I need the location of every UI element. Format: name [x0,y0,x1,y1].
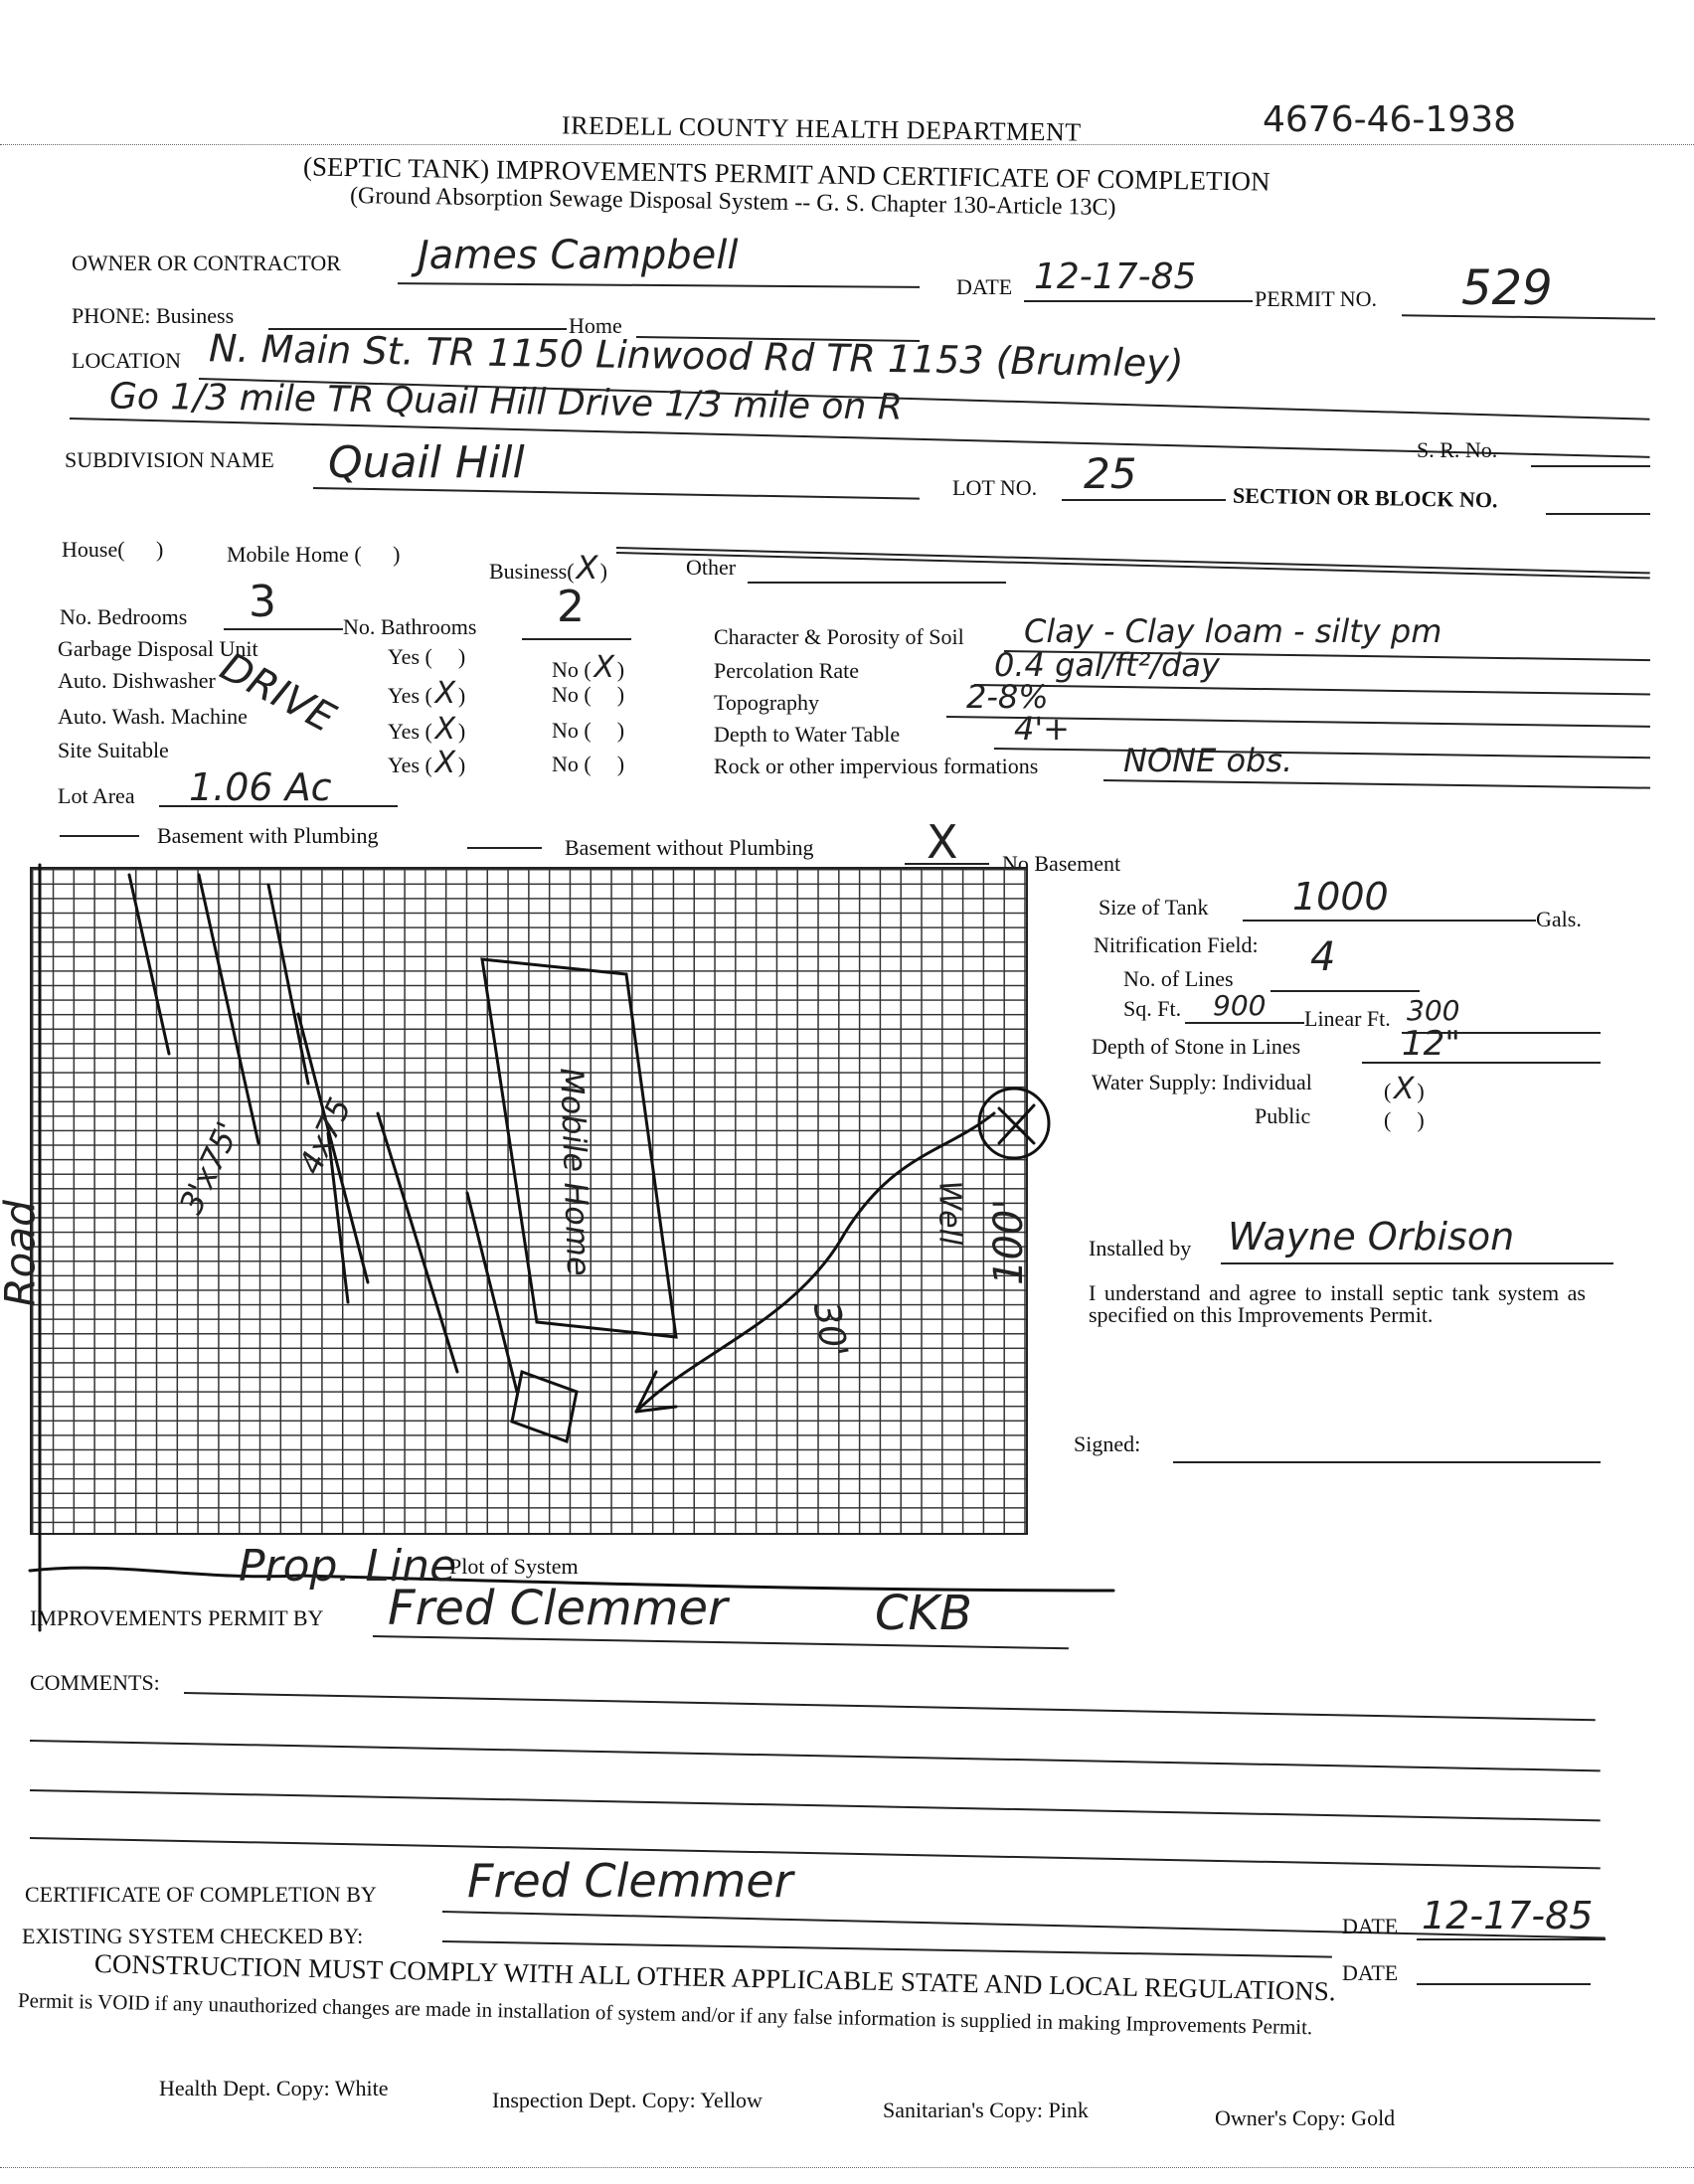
soil-line [1103,779,1650,789]
installed-by-field[interactable]: Wayne Orbison [1228,1215,1514,1259]
installed-by-label: Installed by [1089,1236,1191,1261]
road-annotation: Road [0,1200,45,1306]
location-field-2[interactable]: Go 1/3 mile TR Quail Hill Drive 1/3 mile… [109,376,903,427]
water-individual-checkbox[interactable]: (X) [1384,1072,1425,1106]
soil-label: Depth to Water Table [714,722,900,748]
feature-yes-option[interactable]: Yes (X) [388,746,465,780]
sqft-line [1185,1022,1304,1024]
existing-system-label: EXISTING SYSTEM CHECKED BY: [22,1924,363,1949]
installed-by-line [1221,1262,1613,1264]
lines-field[interactable]: 4 [1310,934,1335,980]
phone-business-label: PHONE: Business [72,303,234,329]
other-label: Other [686,555,736,581]
feature-no-option[interactable]: No (X) [552,650,624,685]
lines-line [1270,990,1420,992]
soil-line [974,684,1650,695]
house-option[interactable]: House( ) [62,537,163,563]
feature-label: Auto. Dishwasher [58,668,216,694]
well-annotation: Well [932,1181,967,1246]
comments-line-4[interactable] [30,1837,1601,1869]
date1-field[interactable]: 12-17-85 [1422,1894,1593,1937]
date2-line[interactable] [1417,1983,1591,1985]
basement-without-plumbing-blank[interactable] [467,847,542,849]
water-public-label: Public [1255,1103,1310,1129]
bathrooms-field[interactable]: 2 [557,582,585,632]
copy-health-dept: Health Dept. Copy: White [159,2076,389,2101]
tank-size-field[interactable]: 1000 [1292,875,1389,919]
soil-label: Percolation Rate [714,658,859,684]
sr-no-line [1531,465,1650,467]
comments-line-1[interactable] [184,1692,1596,1721]
section-label: SECTION OR BLOCK NO. [1233,483,1498,514]
bedrooms-field[interactable]: 3 [249,577,276,627]
bathrooms-label: No. Bathrooms [343,614,476,640]
tank-size-label: Size of Tank [1099,895,1208,921]
existing-system-line[interactable] [442,1940,1332,1958]
permit-by-signature[interactable]: Fred Clemmer [388,1581,728,1636]
water-public-checkbox[interactable]: () [1384,1107,1425,1133]
linear-ft-label: Linear Ft. [1304,1006,1391,1032]
feature-no-option[interactable]: No () [552,718,624,744]
comments-line-2[interactable] [30,1740,1601,1771]
date-field[interactable]: 12-17-85 [1034,256,1196,297]
date1-label: DATE [1342,1914,1398,1939]
linear-ft-field[interactable]: 300 [1407,994,1459,1027]
feature-no-option[interactable]: No () [552,682,624,708]
location-field-1[interactable]: N. Main St. TR 1150 Linwood Rd TR 1153 (… [209,326,1184,385]
plot-caption: Plot of System [449,1554,579,1580]
soil-line [994,748,1650,758]
date-label: DATE [956,274,1012,300]
tank-unit: Gals. [1536,907,1582,932]
soil-label: Topography [714,690,819,716]
comments-label: COMMENTS: [30,1670,160,1696]
bedrooms-line [224,628,343,630]
soil-field[interactable]: 4'+ [1014,710,1070,748]
feature-yes-option[interactable]: Yes (X) [388,712,465,747]
feature-no-option[interactable]: No () [552,752,624,777]
copy-inspection-dept: Inspection Dept. Copy: Yellow [492,2088,762,2113]
permit-no-label: PERMIT NO. [1255,286,1377,312]
signed-label: Signed: [1074,1431,1140,1457]
lot-area-label: Lot Area [58,783,135,809]
location-label: LOCATION [72,348,181,374]
subdivision-label: SUBDIVISION NAME [65,447,274,473]
completion-label: CERTIFICATE OF COMPLETION BY [25,1882,377,1908]
section-divider-2 [616,552,1650,579]
other-line [748,582,1006,584]
lot-no-field[interactable]: 25 [1084,449,1136,498]
bathrooms-line [522,638,631,640]
bedrooms-label: No. Bedrooms [60,604,187,630]
nitrification-label: Nitrification Field: [1094,932,1259,958]
lot-no-line [1062,499,1226,501]
lot-area-field[interactable]: 1.06 Ac [189,765,332,809]
soil-label: Character & Porosity of Soil [714,624,964,650]
copy-owner: Owner's Copy: Gold [1215,2105,1395,2131]
file-number: 4676-46-1938 [1263,99,1516,140]
lot-no-label: LOT NO. [952,475,1037,501]
water-supply-label: Water Supply: Individual [1092,1070,1312,1095]
permit-by-label: IMPROVEMENTS PERMIT BY [30,1605,323,1631]
subdivision-field[interactable]: Quail Hill [328,437,525,488]
owner-field[interactable]: James Campbell [418,233,738,278]
distance-100ft-annotation: 100' [986,1199,1032,1285]
owner-label: OWNER OR CONTRACTOR [72,251,341,276]
tank-size-line [1243,920,1536,922]
sqft-label: Sq. Ft. [1123,996,1181,1022]
mobile-home-annotation: Mobile Home [553,1067,597,1276]
sr-no-label: S. R. No. [1417,437,1497,463]
feature-yes-option[interactable]: Yes (X) [388,676,465,711]
subdivision-line [313,487,920,500]
soil-field[interactable]: Clay - Clay loam - silty pm [1024,612,1441,650]
department-name: IREDELL COUNTY HEALTH DEPARTMENT [562,110,1082,147]
basement-with-plumbing-label: Basement with Plumbing [157,823,378,849]
installer-agreement: I understand and agree to install septic… [1089,1282,1586,1326]
date1-line [1417,1938,1606,1940]
stone-depth-label: Depth of Stone in Lines [1092,1034,1300,1060]
date2-label: DATE [1342,1960,1398,1986]
stone-depth-field[interactable]: 12" [1402,1024,1460,1064]
copy-sanitarian: Sanitarian's Copy: Pink [883,2098,1089,2123]
soil-label: Rock or other impervious formations [714,754,1038,779]
signed-line[interactable] [1173,1461,1601,1463]
permit-by-initials: CKB [875,1586,972,1641]
comments-line-3[interactable] [30,1789,1601,1821]
business-option[interactable]: Business(X) [489,549,607,587]
basement-without-plumbing-label: Basement without Plumbing [565,835,814,861]
bottom-divider [0,2167,1694,2168]
basement-with-plumbing-blank[interactable] [60,835,139,837]
soil-field[interactable]: NONE obs. [1123,742,1292,779]
feature-label: Auto. Wash. Machine [58,704,248,730]
owner-line [398,282,920,288]
no-basement-mark: X [927,815,958,869]
stone-depth-line [1362,1062,1601,1064]
feature-label: Site Suitable [58,738,169,763]
section-divider [616,547,1650,574]
feature-yes-option[interactable]: Yes () [388,644,465,670]
permit-no-field[interactable]: 529 [1461,260,1553,316]
completion-signature[interactable]: Fred Clemmer [467,1854,793,1908]
section-line [1546,513,1650,515]
date-line [1024,300,1253,302]
sqft-field[interactable]: 900 [1213,989,1266,1022]
mobile-home-option[interactable]: Mobile Home ( ) [227,542,400,568]
